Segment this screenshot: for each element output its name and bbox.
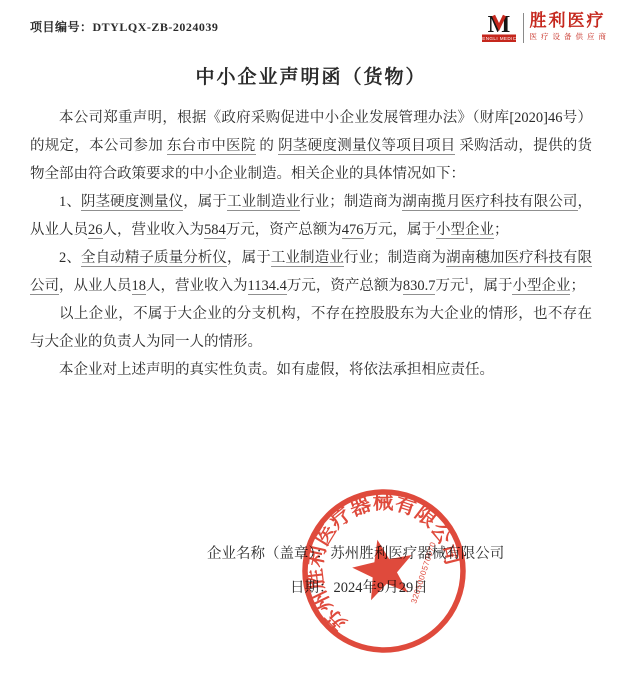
text-segment: 万元，资产总额为 [226, 222, 342, 238]
paragraph-no-affiliation: 以上企业，不属于大企业的分支机构，不存在控股股东为大企业的情形，也不存在与大企业… [30, 300, 592, 356]
document-header: 项目编号：DTYLQX-ZB-2024039 M SHENGLI MEDICAL… [0, 0, 622, 44]
paragraph-item-2: 2、全自动精子质量分析仪，属于工业制造业行业；制造商为湖南穗加医疗科技有限公司，… [30, 244, 592, 300]
text-segment: 行业；制造商为 [344, 250, 446, 266]
text-segment: ； [570, 278, 585, 294]
project-number-value: DTYLQX-ZB-2024039 [93, 20, 219, 34]
text-segment: ，属于 [469, 278, 513, 294]
company-logo: M SHENGLI MEDICAL 胜利医疗 医疗设备供应商 [481, 12, 611, 44]
text-segment: 湖南揽月医疗科技有限公司 [402, 194, 577, 211]
text-segment: 工业制造业 [227, 194, 300, 211]
date-label: 日期： [290, 580, 334, 596]
logo-divider [523, 13, 524, 43]
text-segment: 26 [88, 222, 103, 239]
company-name-value: 苏州胜利医疗器械有限公司 [330, 546, 504, 562]
paragraph-item-1: 1、阴茎硬度测量仪，属于工业制造业行业；制造商为湖南揽月医疗科技有限公司，从业人… [30, 188, 592, 244]
logo-mark-icon: M SHENGLI MEDICAL [481, 12, 517, 44]
text-segment: ，属于 [183, 194, 227, 210]
text-segment: 工业制造业 [271, 250, 344, 267]
text-segment: 全自动精子质量分析仪 [81, 250, 227, 267]
date-line: 日期：2024年9月29日 [0, 578, 622, 598]
text-segment: 小型企业 [436, 222, 494, 239]
text-segment: 东台市中医院 [167, 138, 256, 155]
text-segment: 人，营业收入为 [103, 222, 205, 238]
declaration-document: 项目编号：DTYLQX-ZB-2024039 M SHENGLI MEDICAL… [0, 0, 622, 676]
text-segment: ，从业人员 [59, 278, 132, 294]
text-segment: 830.7 [403, 278, 436, 295]
text-segment: 584 [204, 222, 226, 239]
company-name-label: 企业名称（盖章）： [207, 546, 330, 562]
text-segment: 人，营业收入为 [146, 278, 248, 294]
text-segment: 万元，属于 [364, 222, 437, 238]
logo-banner-text: SHENGLI MEDICAL [481, 36, 517, 41]
text-segment: 万元，资产总额为 [287, 278, 403, 294]
text-segment: ； [494, 222, 509, 238]
company-name-line: 企业名称（盖章）：苏州胜利医疗器械有限公司 [0, 544, 622, 564]
document-body: 本公司郑重声明，根据《政府采购促进中小企业发展管理办法》（财库[2020]46号… [0, 104, 622, 384]
text-segment: 阴茎硬度测量仪等项目项目 [278, 138, 455, 155]
paragraph-declaration: 本公司郑重声明，根据《政府采购促进中小企业发展管理办法》（财库[2020]46号… [30, 104, 592, 188]
text-segment: 行业；制造商为 [300, 194, 402, 210]
brand-tagline: 医疗设备供应商 [530, 33, 611, 41]
text-segment: 1134.4 [248, 278, 287, 295]
project-number-label: 项目编号： [30, 20, 93, 34]
text-segment: 18 [132, 278, 147, 295]
brand-block: 胜利医疗 医疗设备供应商 [530, 12, 611, 41]
text-segment: 的 [256, 138, 279, 154]
date-value: 2024年9月29日 [334, 580, 428, 596]
document-title: 中小企业声明函（货物） [0, 62, 622, 89]
brand-name: 胜利医疗 [530, 12, 611, 29]
text-segment: 2、 [59, 250, 81, 266]
signature-block: 企业名称（盖章）：苏州胜利医疗器械有限公司 日期：2024年9月29日 [0, 544, 622, 598]
text-segment: 阴茎硬度测量仪 [81, 194, 183, 211]
text-segment: 本企业对上述声明的真实性负责。如有虚假，将依法承担相应责任。 [59, 362, 494, 378]
paragraph-responsibility: 本企业对上述声明的真实性负责。如有虚假，将依法承担相应责任。 [30, 356, 592, 384]
text-segment: 万元 [435, 278, 464, 294]
project-number: 项目编号：DTYLQX-ZB-2024039 [30, 18, 218, 35]
text-segment: 1、 [59, 194, 81, 210]
text-segment: ，属于 [227, 250, 271, 266]
text-segment: 小型企业 [512, 278, 570, 295]
text-segment: 以上企业，不属于大企业的分支机构，不存在控股股东为大企业的情形，也不存在与大企业… [30, 306, 592, 350]
text-segment: 476 [342, 222, 364, 239]
